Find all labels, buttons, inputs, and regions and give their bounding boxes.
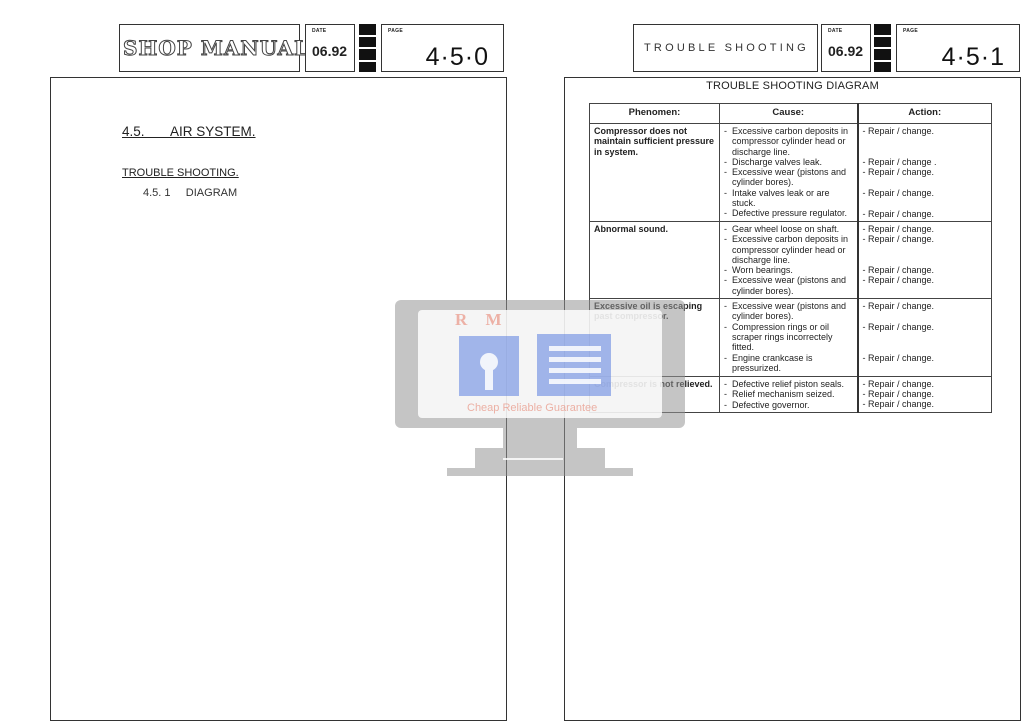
cause-item: -Excessive carbon deposits in compressor… (724, 234, 853, 265)
table-row: Abnormal sound.-Gear wheel loose on shaf… (590, 222, 992, 299)
action-item: - Repair / change. (863, 209, 988, 219)
action-cell: - Repair / change.- Repair / change.- Re… (858, 222, 992, 299)
action-item: - Repair / change. (863, 301, 988, 322)
trouble-shooting-table: Phenomen: Cause: Action: Compressor does… (589, 103, 992, 413)
cause-item: -Engine crankcase is pressurized. (724, 353, 853, 374)
column-header-action: Action: (858, 104, 992, 124)
date-label: DATE (828, 28, 842, 34)
column-header-cause: Cause: (720, 104, 858, 124)
action-item: - Repair / change. (863, 265, 988, 275)
table-header-row: Phenomen: Cause: Action: (590, 104, 992, 124)
page-number: 4·5·0 (426, 43, 489, 72)
left-date-box: DATE 06.92 (305, 24, 355, 72)
cause-cell: -Excessive carbon deposits in compressor… (720, 124, 858, 222)
toc-item-diagram[interactable]: 4.5. 1 DIAGRAM (143, 187, 237, 199)
table-row: Excessive oil is escaping past compresso… (590, 299, 992, 377)
phenomen-cell: Excessive oil is escaping past compresso… (590, 299, 720, 377)
cause-item: -Excessive wear (pistons and cylinder bo… (724, 167, 853, 188)
left-header-title-box: SHOP MANUAL (119, 24, 300, 72)
right-date-box: DATE 06.92 (821, 24, 871, 72)
black-tab-marks (874, 24, 891, 72)
cause-item: -Gear wheel loose on shaft. (724, 224, 853, 234)
diagram-title: TROUBLE SHOOTING DIAGRAM (565, 80, 1020, 92)
action-item: - Repair / change. (863, 224, 988, 234)
action-item: - Repair / change. (863, 275, 988, 296)
action-item: - Repair / change. (863, 379, 988, 389)
cause-item: -Defective governor. (724, 400, 853, 410)
page-label: PAGE (903, 28, 918, 34)
cause-item: -Intake valves leak or are stuck. (724, 188, 853, 209)
cause-item: -Excessive wear (pistons and cylinder bo… (724, 301, 853, 322)
table-row: Compressor does not maintain sufficient … (590, 124, 992, 222)
cause-item: -Excessive carbon deposits in compressor… (724, 126, 853, 157)
cause-cell: -Excessive wear (pistons and cylinder bo… (720, 299, 858, 377)
date-value: 06.92 (828, 43, 863, 59)
action-item: - Repair / change. (863, 188, 988, 209)
page-number: 4·5·1 (942, 43, 1005, 72)
right-page-number-box: PAGE 4·5·1 (896, 24, 1020, 72)
cause-item: -Worn bearings. (724, 265, 853, 275)
table-row: Compressor is not relieved.-Defective re… (590, 377, 992, 413)
left-page: SHOP MANUAL DATE 06.92 PAGE 4·5·0 4.5. A… (0, 0, 515, 728)
left-page-number-box: PAGE 4·5·0 (381, 24, 504, 72)
action-item: - Repair / change . (863, 157, 988, 167)
action-cell: - Repair / change.- Repair / change.- Re… (858, 377, 992, 413)
right-content-frame: TROUBLE SHOOTING DIAGRAM Phenomen: Cause… (564, 77, 1021, 721)
action-item: - Repair / change. (863, 167, 988, 188)
shop-manual-title: SHOP MANUAL (120, 36, 309, 60)
column-header-phenomen: Phenomen: (590, 104, 720, 124)
cause-cell: -Gear wheel loose on shaft.-Excessive ca… (720, 222, 858, 299)
right-page: TROUBLE SHOOTING DATE 06.92 PAGE 4·5·1 T… (515, 0, 1031, 728)
cause-item: -Relief mechanism seized. (724, 389, 853, 399)
action-item: - Repair / change. (863, 399, 988, 409)
action-item: - Repair / change. (863, 353, 988, 374)
cause-item: -Defective pressure regulator. (724, 208, 853, 218)
trouble-shooting-title: TROUBLE SHOOTING (634, 42, 809, 54)
cause-item: -Defective relief piston seals. (724, 379, 853, 389)
phenomen-cell: Compressor is not relieved. (590, 377, 720, 413)
subsection-heading: TROUBLE SHOOTING. (122, 167, 239, 179)
date-label: DATE (312, 28, 326, 34)
phenomen-cell: Compressor does not maintain sufficient … (590, 124, 720, 222)
left-content-frame: 4.5. AIR SYSTEM. TROUBLE SHOOTING. 4.5. … (50, 77, 507, 721)
action-item: - Repair / change. (863, 389, 988, 399)
black-tab-marks (359, 24, 376, 72)
action-item: - Repair / change. (863, 234, 988, 265)
right-header-title-box: TROUBLE SHOOTING (633, 24, 818, 72)
cause-item: -Discharge valves leak. (724, 157, 853, 167)
date-value: 06.92 (312, 43, 347, 59)
cause-item: -Compression rings or oil scraper rings … (724, 322, 853, 353)
page-label: PAGE (388, 28, 403, 34)
action-cell: - Repair / change.- Repair / change.- Re… (858, 299, 992, 377)
action-item: - Repair / change. (863, 126, 988, 157)
phenomen-cell: Abnormal sound. (590, 222, 720, 299)
action-cell: - Repair / change.- Repair / change .- R… (858, 124, 992, 222)
action-item: - Repair / change. (863, 322, 988, 353)
cause-cell: -Defective relief piston seals.-Relief m… (720, 377, 858, 413)
cause-item: -Excessive wear (pistons and cylinder bo… (724, 275, 853, 296)
section-heading: 4.5. AIR SYSTEM. (122, 124, 256, 139)
